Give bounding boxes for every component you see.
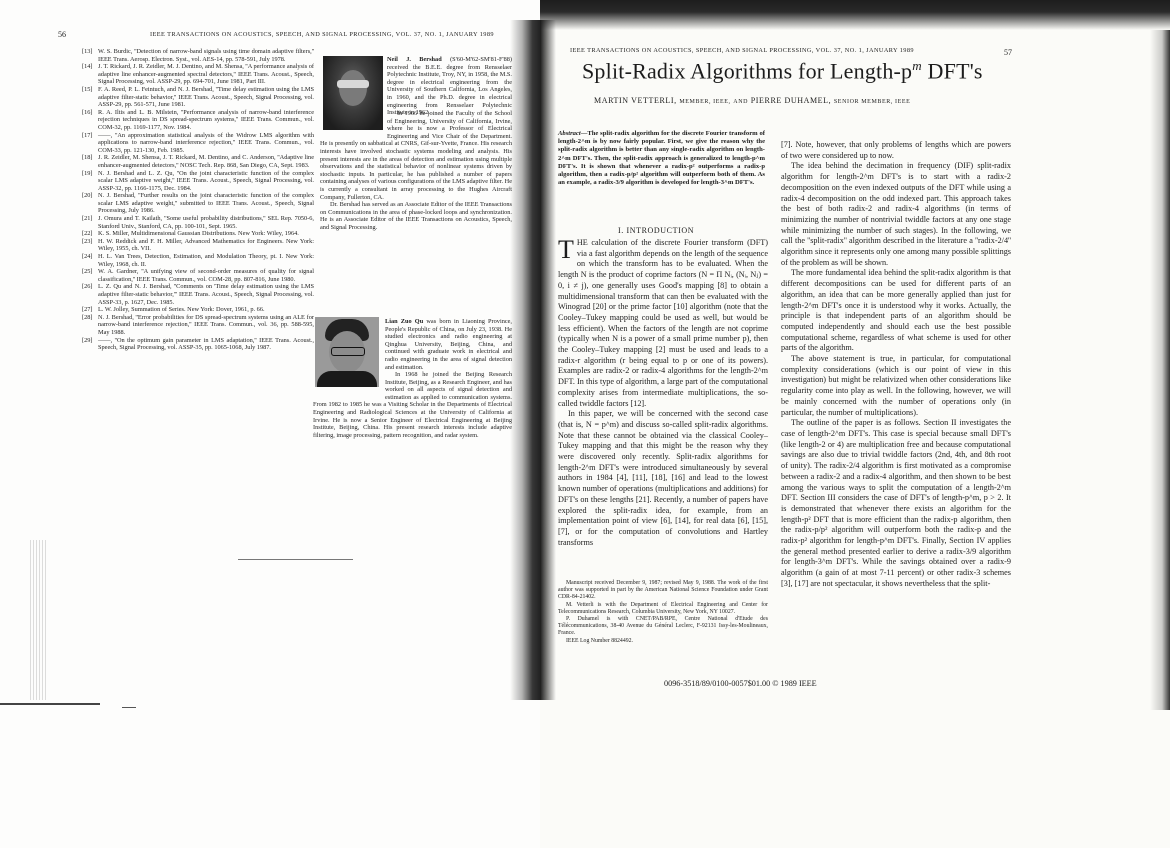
paragraph: [7]. Note, however, that only problems o… [781, 140, 1011, 161]
dropcap: T [558, 239, 574, 261]
scan-edge-line [0, 703, 100, 705]
right-page-number: 57 [1004, 48, 1012, 57]
bio-qu-body: In 1968 he joined the Beijing Research I… [313, 371, 512, 439]
scan-right-edge [1150, 30, 1170, 710]
bio-qu-intro: Lian Zuo Qu was born in Liaoning Provinc… [385, 318, 512, 371]
book-gutter-shadow [540, 20, 556, 700]
reference-item: [16]R. A. Iltis and L. B. Milstein, ''Pe… [82, 109, 314, 132]
copyright-line: 0096-3518/89/0100-0057$01.00 © 1989 IEEE [664, 679, 817, 688]
bio-bershad-body: In 1966 he joined the Faculty of the Sch… [320, 110, 512, 232]
reference-item: [14]J. T. Rickard, J. R. Zeidler, M. J. … [82, 63, 314, 86]
column-right: [7]. Note, however, that only problems o… [781, 140, 1011, 590]
scan-top-shadow [540, 0, 1170, 30]
paragraph: The idea behind the decimation in freque… [781, 161, 1011, 268]
reference-item: [21]J. Omura and T. Kailath, ''Some usef… [82, 215, 314, 230]
reference-item: [28]N. J. Bershad, ''Error probabilities… [82, 314, 314, 337]
left-page: 56 IEEE TRANSACTIONS ON ACOUSTICS, SPEEC… [0, 0, 540, 848]
left-running-head: IEEE TRANSACTIONS ON ACOUSTICS, SPEECH, … [150, 31, 494, 38]
bio-name: Lian Zuo Qu [385, 318, 423, 325]
book-gutter-shadow [510, 20, 540, 700]
reference-item: [15]F. A. Reed, P. L. Feintuch, and N. J… [82, 86, 314, 109]
paragraph: The more fundamental idea behind the spl… [781, 268, 1011, 354]
divider-line [238, 559, 353, 560]
bio-bershad-intro: Neil J. Bershad (S'60-M'62-SM'81-F'88) r… [387, 56, 512, 117]
glasses-icon [331, 347, 365, 356]
reference-item: [25]W. A. Gardner, ''A unifying view of … [82, 268, 314, 283]
paragraph: THE calculation of the discrete Fourier … [558, 238, 768, 409]
reference-item: [19]N. J. Bershad and L. Z. Qu, ''On the… [82, 170, 314, 193]
reference-item: [29]——, ''On the optimum gain parameter … [82, 337, 314, 352]
scan-crease [30, 540, 46, 700]
bio-name: Neil J. Bershad [387, 56, 442, 63]
scan-edge-line [122, 707, 136, 708]
abstract: Abstract—The split-radix algorithm for t… [558, 130, 765, 187]
paragraph: In this paper, we will be concerned with… [558, 409, 768, 548]
paper-authors: MARTIN VETTERLI, MEMBER, IEEE, AND PIERR… [594, 96, 910, 105]
reference-item: [18]J. R. Zeidler, M. Shensa, J. T. Rick… [82, 154, 314, 169]
paper-title: Split-Radix Algorithms for Length-pm DFT… [582, 58, 983, 84]
reference-item: [20]N. J. Bershad, ''Further results on … [82, 192, 314, 215]
column-left: THE calculation of the discrete Fourier … [558, 238, 768, 548]
right-running-head: IEEE TRANSACTIONS ON ACOUSTICS, SPEECH, … [570, 47, 914, 54]
reference-item: [13]W. S. Burdic, ''Detection of narrow-… [82, 48, 314, 63]
reference-item: [17]——, ''An approximation statistical a… [82, 132, 314, 155]
reference-item: [27]L. W. Jolley, Summation of Series. N… [82, 306, 314, 314]
reference-item: [26]L. Z. Qu and N. J. Bershad, ''Commen… [82, 283, 314, 306]
reference-item: [24]H. L. Van Trees, Detection, Estimati… [82, 253, 314, 268]
reference-list: [13]W. S. Burdic, ''Detection of narrow-… [82, 48, 314, 352]
reference-item: [22]K. S. Miller, Multidimensional Gauss… [82, 230, 314, 238]
paragraph: The outline of the paper is as follows. … [781, 418, 1011, 589]
paragraph: The above statement is true, in particul… [781, 354, 1011, 418]
footnotes: Manuscript received December 9, 1987; re… [558, 580, 768, 645]
glasses-icon [337, 80, 369, 88]
left-page-number: 56 [58, 30, 66, 39]
section-heading: I. INTRODUCTION [618, 226, 694, 235]
reference-item: [23]H. W. Reddick and F. H. Miller, Adva… [82, 238, 314, 253]
abstract-label: Abstract [558, 130, 581, 137]
